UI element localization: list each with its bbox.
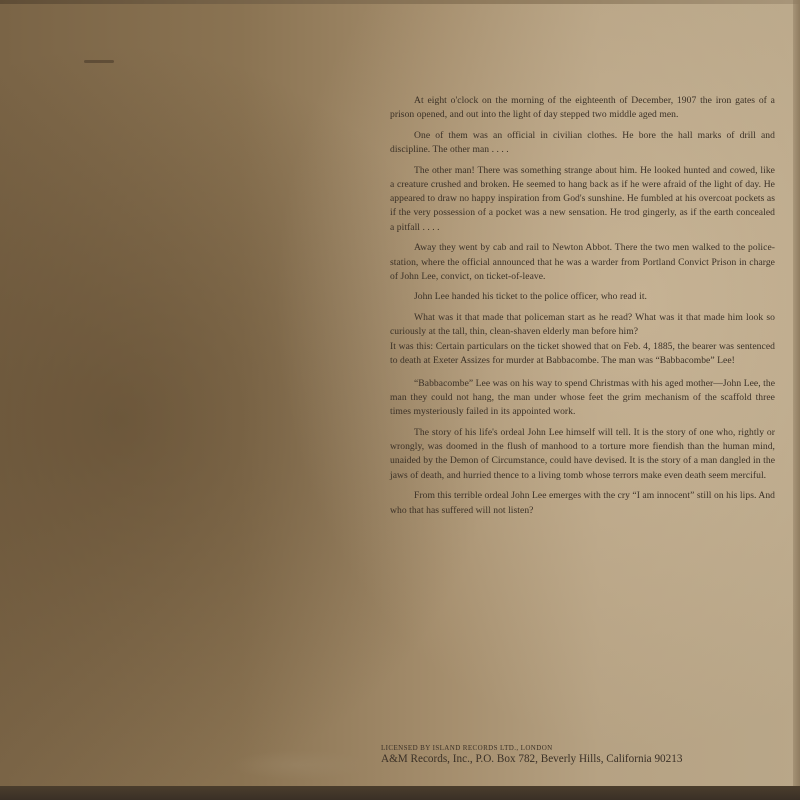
ink-smudge — [84, 60, 114, 63]
liner-paragraph: The story of his life's ordeal John Lee … — [390, 426, 775, 483]
cover-top-edge — [0, 0, 800, 4]
cover-right-edge — [793, 0, 800, 800]
paper-stain — [230, 750, 370, 780]
liner-notes: At eight o'clock on the morning of the e… — [390, 94, 775, 524]
liner-paragraph: It was this: Certain particulars on the … — [390, 340, 775, 368]
liner-paragraph: John Lee handed his ticket to the police… — [390, 290, 775, 304]
liner-paragraph: Away they went by cab and rail to Newton… — [390, 241, 775, 284]
label-credits: Licensed by Island Records Ltd., London … — [381, 744, 682, 766]
liner-paragraph: What was it that made that policeman sta… — [390, 311, 775, 339]
liner-paragraph: One of them was an official in civilian … — [390, 129, 775, 157]
liner-paragraph: From this terrible ordeal John Lee emerg… — [390, 489, 775, 517]
label-address: A&M Records, Inc., P.O. Box 782, Beverly… — [381, 753, 682, 766]
licence-line: Licensed by Island Records Ltd., London — [381, 744, 682, 753]
liner-paragraph: The other man! There was something stran… — [390, 164, 775, 235]
table-surface — [0, 786, 800, 800]
liner-paragraph: At eight o'clock on the morning of the e… — [390, 94, 775, 122]
liner-paragraph: “Babbacombe” Lee was on his way to spend… — [390, 377, 775, 420]
album-back-cover: At eight o'clock on the morning of the e… — [0, 0, 800, 800]
